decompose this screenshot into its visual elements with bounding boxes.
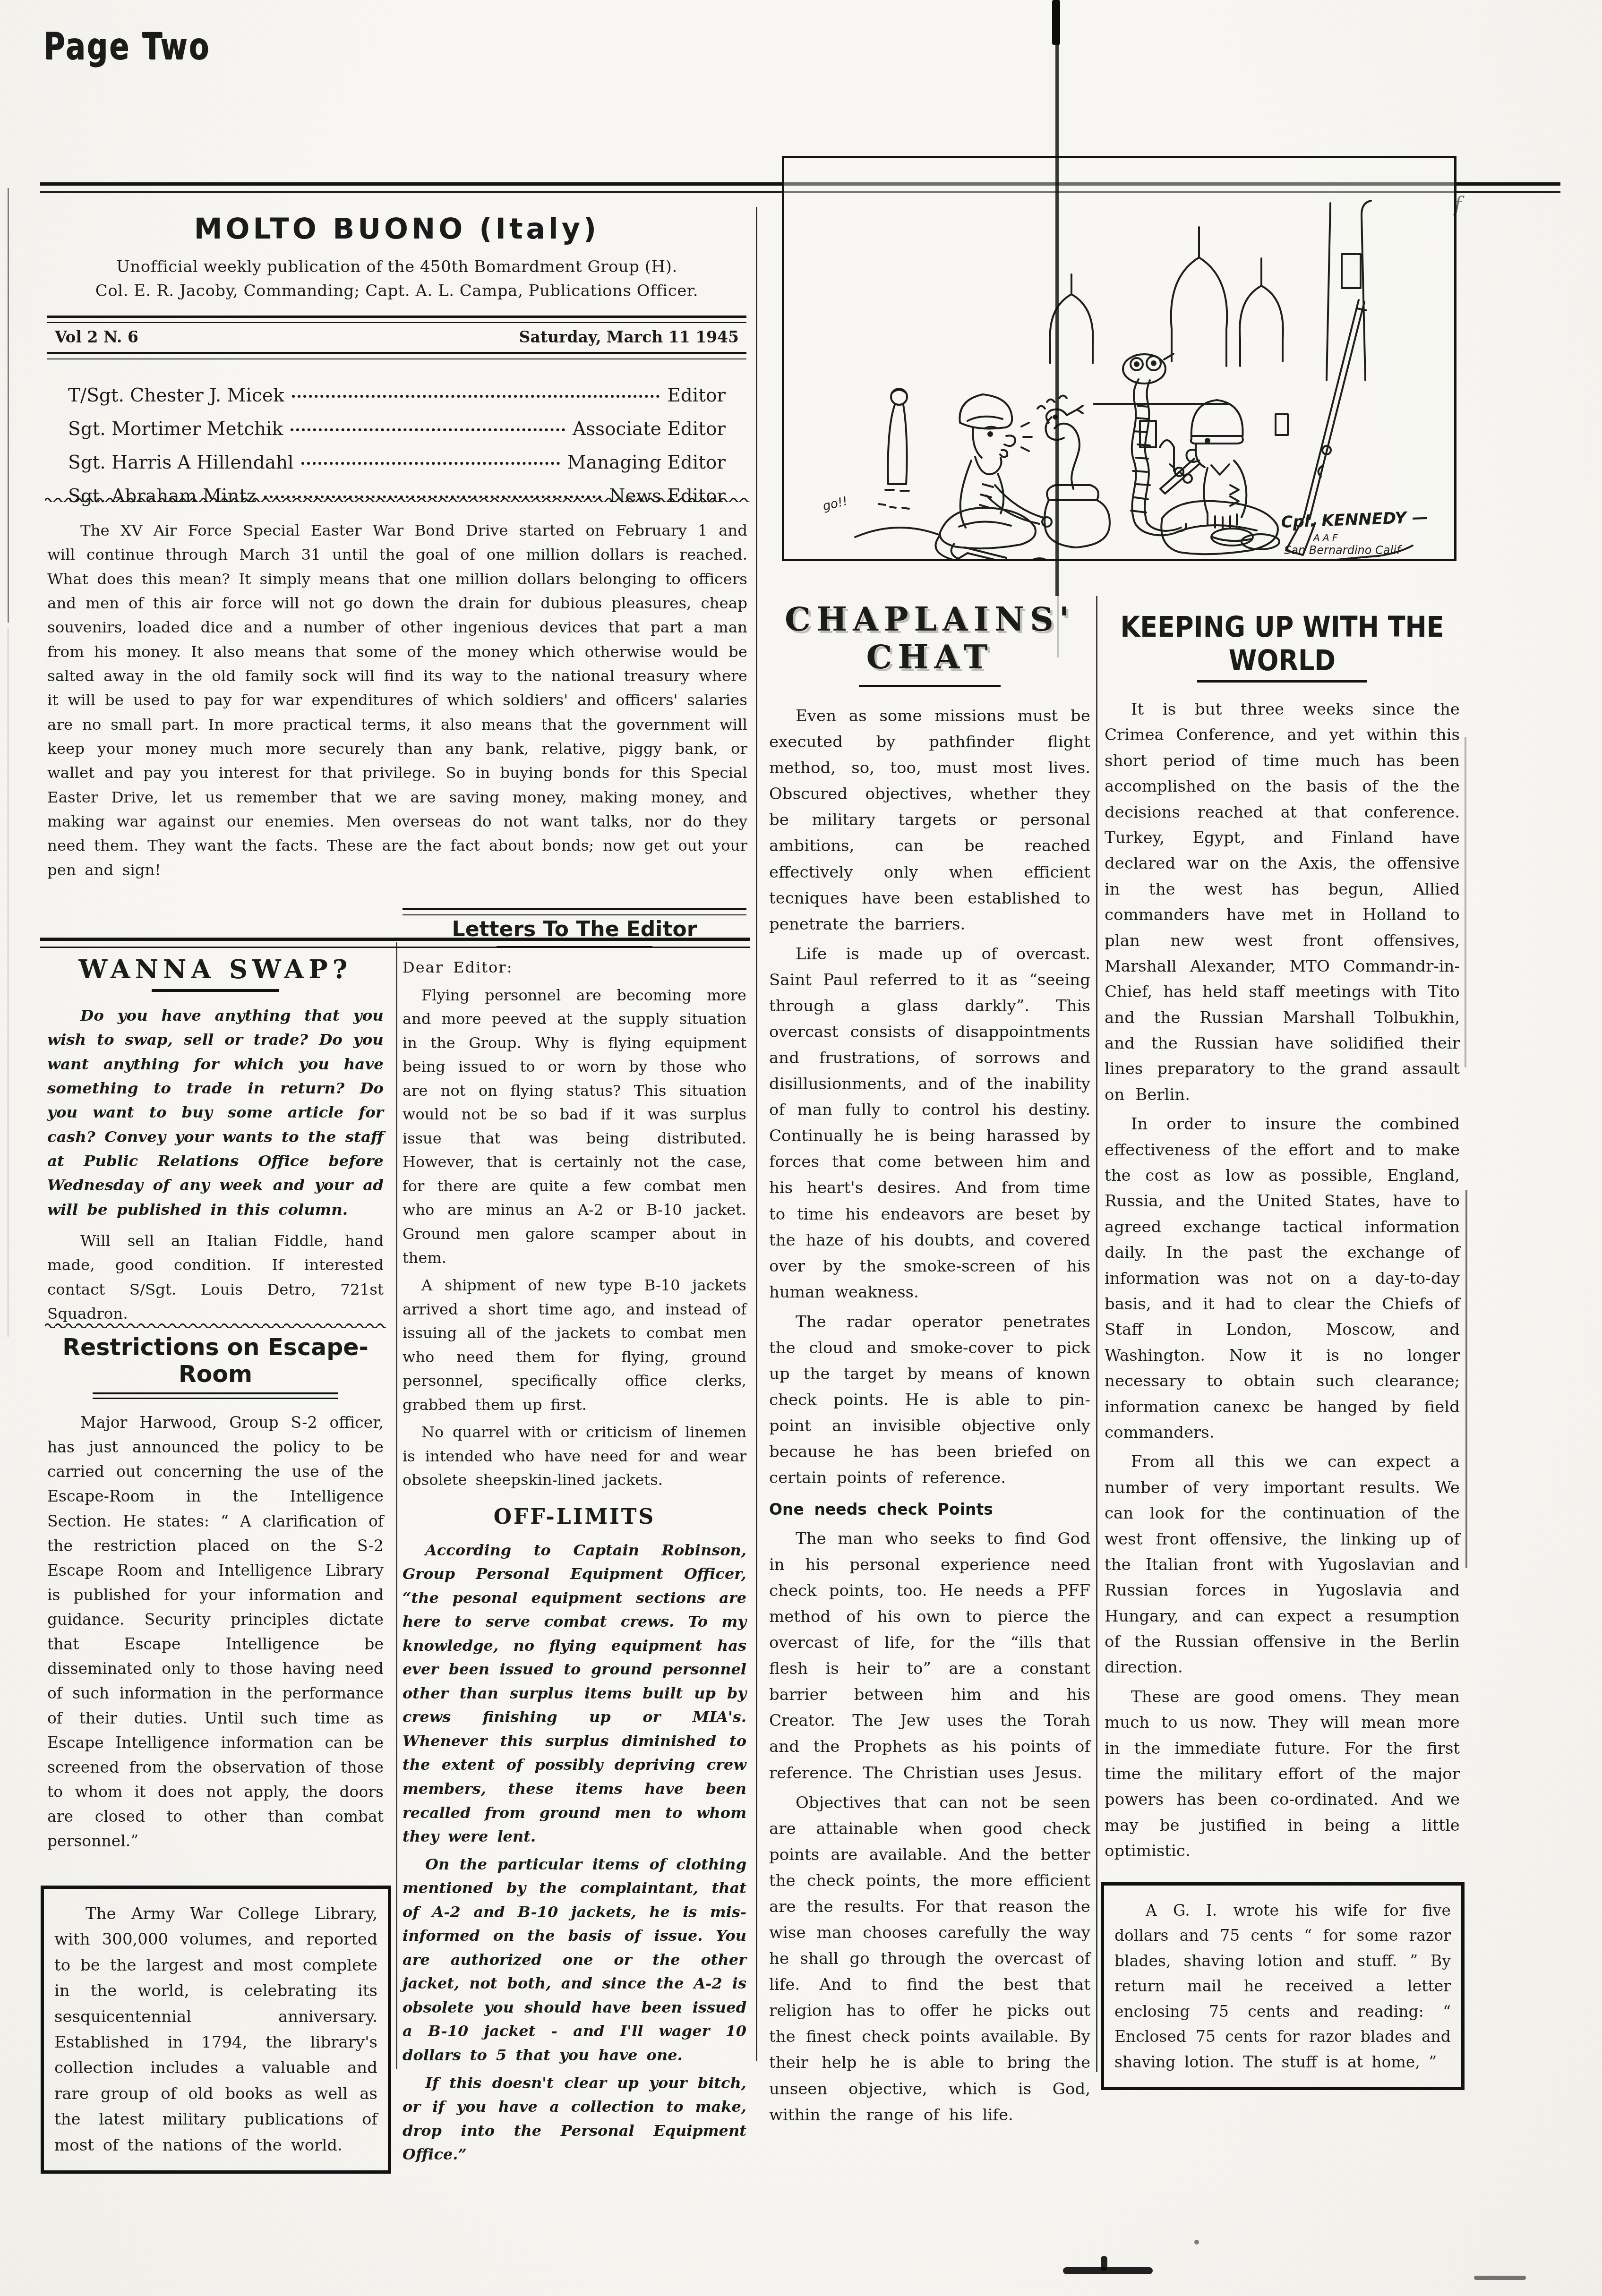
restrictions-body: Major Harwood, Group S-2 officer, has ju… (47, 1410, 384, 1853)
wanna-swap-intro: Do you have anything that you wish to sw… (47, 1003, 384, 1221)
cobra-tongue (1067, 406, 1083, 415)
dot-leader (292, 395, 660, 398)
editor-name: Sgt. Mortimer Metchik (68, 418, 283, 440)
world-paragraph: These are good omens. They mean much to … (1105, 1684, 1460, 1864)
volume-label: Vol 2 N. 6 (55, 328, 138, 346)
snake-charmer-cartoon: go!! Cpl. KENNEDY — A A F San Bernardino… (782, 156, 1456, 561)
editor-role: Managing Editor (567, 452, 726, 473)
dome (1171, 257, 1227, 329)
world-news-section: KEEPING UP WITH THE WORLD It is but thre… (1105, 610, 1460, 1868)
ink-smudge (1063, 2267, 1153, 2274)
gi-anecdote-box: A G. I. wrote his wife for five dollars … (1101, 1882, 1465, 2090)
letters-paragraph: A shipment of new type B-10 jackets arri… (403, 1273, 746, 1417)
cartoon-signature-org: A A F (1312, 532, 1338, 543)
restrictions-title: Restrictions on Escape-Room (47, 1334, 384, 1388)
library-box-text: The Army War College Library, with 300,0… (54, 1901, 377, 2158)
gi-eye (1206, 439, 1209, 443)
column-rule-2 (756, 207, 757, 2061)
editor-name: Sgt. Harris A Hillendahl (68, 452, 294, 473)
publication-subtitle-1: Unofficial weekly publication of the 450… (47, 255, 746, 279)
publication-subtitle-2: Col. E. R. Jacoby, Commanding; Capt. A. … (47, 279, 746, 303)
off-limits-paragraph: According to Captain Robinson, Group Per… (403, 1538, 746, 1849)
scan-margin-line (8, 188, 9, 623)
charmer-beard (975, 457, 1002, 474)
title-underline (152, 989, 279, 992)
dot-leader (301, 462, 560, 465)
ink-mark-f: f (1454, 193, 1462, 216)
tall-snake-body (1132, 379, 1139, 523)
gi-anecdote-text: A G. I. wrote his wife for five dollars … (1114, 1898, 1451, 2074)
issue-date: Saturday, March 11 1945 (519, 328, 739, 346)
dot-leader (291, 428, 565, 431)
library-box: The Army War College Library, with 300,0… (41, 1886, 391, 2174)
column-rule-3 (1096, 596, 1097, 2072)
charmer-back (960, 461, 971, 528)
bond-drive-article: The XV Air Force Special Easter War Bond… (47, 519, 747, 886)
world-paragraph: In order to insure the combined effectiv… (1105, 1111, 1460, 1445)
off-limits-title: OFF-LIMITS (403, 1501, 746, 1534)
letters-title: Letters To The Editor (403, 917, 746, 941)
publication-title: MOLTO BUONO (Italy) (47, 213, 746, 246)
right-edge-mark-2 (1465, 1190, 1467, 1568)
volume-date-row: Vol 2 N. 6 Saturday, March 11 1945 (47, 323, 746, 352)
charmer-mouth (1000, 450, 1007, 457)
wavy-divider (45, 1322, 386, 1328)
chaplains-paragraph: Life is made up of overcast. Saint Paul … (769, 941, 1090, 1306)
dome (1240, 286, 1283, 340)
snake-pot (1045, 485, 1110, 547)
gi-collar (1211, 464, 1229, 475)
wanna-swap-section: WANNA SWAP? Do you have anything that yo… (47, 954, 384, 1330)
chaplains-paragraph: Even as some missions must be executed b… (769, 703, 1090, 938)
charmer-turban (959, 394, 1012, 428)
title-underline (497, 946, 652, 948)
wavy-divider (45, 496, 750, 503)
chaplains-chat-section: CHAPLAINS' CHAT Even as some missions mu… (769, 601, 1090, 2132)
letters-paragraph: Flying personnel are becoming more and m… (403, 983, 746, 1270)
chaplains-paragraph: The man who seeks to find God in his per… (769, 1526, 1090, 1786)
editor-list: T/Sgt. Chester J. Micek Editor Sgt. Mort… (68, 385, 726, 507)
world-paragraph: From all this we can expect a number of … (1105, 1449, 1460, 1681)
editor-role: Associate Editor (573, 418, 726, 440)
charmer-face (973, 427, 982, 458)
ink-smudge (1101, 2256, 1107, 2271)
cartoon-signature-place: San Bernardino Calif (1284, 544, 1402, 557)
off-limits-paragraph: On the particular items of clothing ment… (403, 1852, 746, 2067)
scan-margin-line-2 (8, 628, 9, 1337)
letters-paragraph: No quarrel with or criticism of linemen … (403, 1420, 746, 1492)
chaplains-chat-title: CHAPLAINS' CHAT (769, 601, 1090, 676)
letters-section: Letters To The Editor Dear Editor: Flyin… (403, 908, 746, 2170)
world-paragraph: It is but three weeks since the Crimea C… (1105, 697, 1460, 1108)
world-news-title: KEEPING UP WITH THE WORLD (1105, 610, 1460, 677)
charmer-eye (988, 432, 992, 436)
editor-row: Sgt. Harris A Hillendahl Managing Editor (68, 452, 726, 473)
title-underline (1197, 680, 1367, 683)
gi-helmet (1191, 400, 1243, 444)
wanna-swap-ad: Will sell an Italian Fiddle, hand made, … (47, 1229, 384, 1326)
masthead-rule-bottom (47, 352, 746, 359)
page-number-label: Page Two (43, 25, 210, 68)
title-underline (859, 685, 1001, 687)
masthead: MOLTO BUONO (Italy) Unofficial weekly pu… (47, 200, 746, 519)
editor-role: Editor (667, 385, 726, 406)
charmer-nose (1004, 435, 1015, 446)
ink-smudge (1474, 2276, 1526, 2280)
rifle (1304, 300, 1364, 519)
cartoon-drawing: go!! Cpl. KENNEDY — A A F San Bernardino… (784, 158, 1454, 559)
restrictions-section: Restrictions on Escape-Room Major Harwoo… (47, 1334, 384, 1857)
bystander-robe (888, 405, 907, 484)
letters-top-rule (403, 908, 746, 915)
letters-salutation: Dear Editor: (403, 956, 746, 980)
cartoon-signature: Cpl. KENNEDY — (1281, 508, 1429, 532)
masthead-rule-top (47, 316, 746, 323)
chaplains-paragraph: Objectives that can not be seen are atta… (769, 1790, 1090, 2128)
wanna-swap-title: WANNA SWAP? (47, 954, 384, 984)
charmer-legs (940, 508, 1036, 548)
fold-crease (1055, 0, 1059, 596)
title-double-underline (93, 1392, 338, 1399)
cartoon-scribble: go!! (821, 494, 849, 514)
off-limits-paragraph: If this doesn't clear up your bitch, or … (403, 2071, 746, 2167)
editor-name: T/Sgt. Chester J. Micek (68, 385, 284, 406)
ink-smudge (1194, 2240, 1199, 2245)
fold-crease-blob (1052, 0, 1060, 45)
right-edge-mark-1 (1465, 737, 1466, 1067)
chaplains-subhead: One needs check Points (769, 1497, 1090, 1522)
editor-row: T/Sgt. Chester J. Micek Editor (68, 385, 726, 406)
chaplains-paragraph: The radar operator penetrates the cloud … (769, 1309, 1090, 1492)
article-paragraph: The XV Air Force Special Easter War Bond… (47, 519, 747, 882)
column-rule-1 (396, 942, 397, 2069)
newspaper-page: Page Two MOLTO BUONO (Italy) Unofficial … (0, 0, 1602, 2296)
editor-row: Sgt. Mortimer Metchik Associate Editor (68, 418, 726, 440)
